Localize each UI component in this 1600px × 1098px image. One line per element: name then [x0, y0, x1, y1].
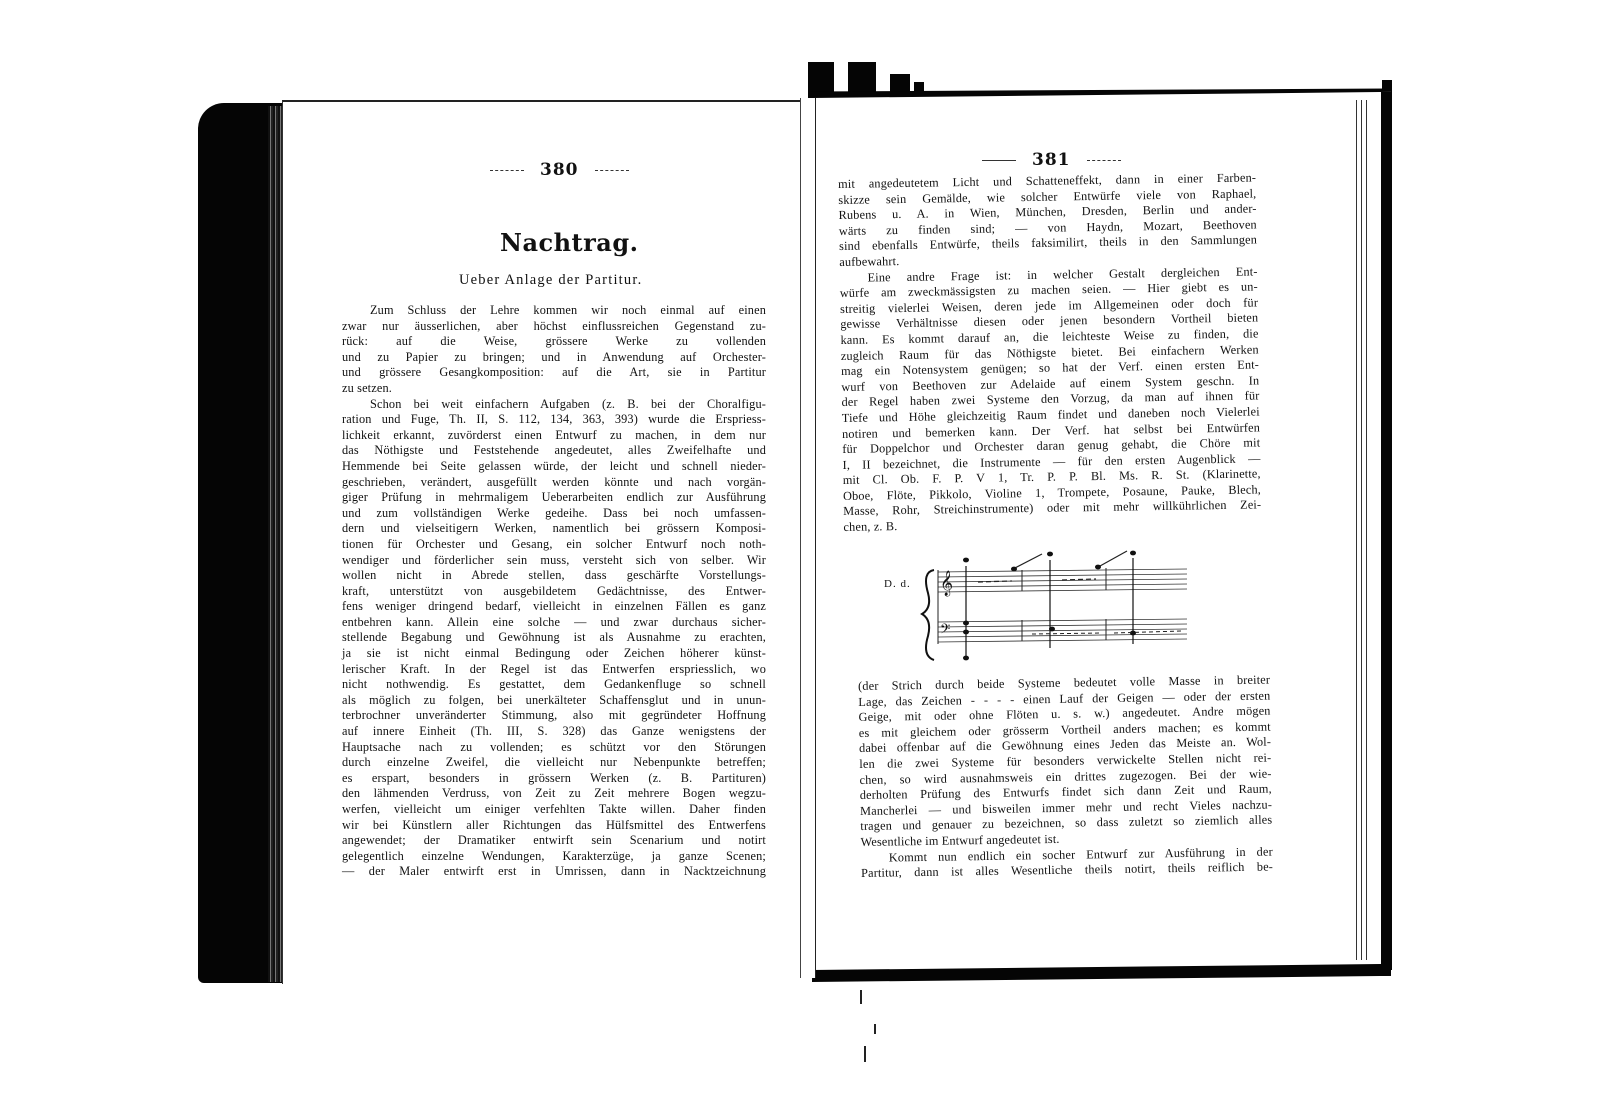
- text-line: durch einzelne Zweifel, die vielleicht n…: [342, 755, 766, 771]
- text-line: rück: auf die Weise, grössere Werke zu v…: [342, 334, 766, 350]
- page-number-text: 380: [540, 160, 579, 180]
- bass-clef-icon: 𝄢: [940, 621, 950, 640]
- treble-clef-icon: 𝄞: [940, 570, 953, 596]
- text-line: das Nöthigste und Feststehende angedeute…: [342, 443, 766, 459]
- folio-rule-left: [982, 160, 1016, 161]
- left-page-edges: [268, 106, 282, 982]
- text-line: und zum vollständigen Werke gedeihe. Das…: [342, 506, 766, 522]
- text-line: terbrochner unveränderter Stimmung, also…: [342, 708, 766, 724]
- scan-speck: [860, 990, 862, 1004]
- text-line: auf innere Einheit (Th. III, S. 328) das…: [342, 724, 766, 740]
- text-line: dern und vielseitigern Werken, namentlic…: [342, 521, 766, 537]
- folio-rule-right: [1087, 160, 1121, 161]
- text-line: ration und Fuge, Th. II, S. 112, 134, 36…: [342, 412, 766, 428]
- text-line: Schon bei weit einfachern Aufgaben (z. B…: [342, 397, 766, 413]
- text-line: lerischer Kraft. In der Regel ist das En…: [342, 662, 766, 678]
- text-line: lichkeit erkannt, zuvörderst einen Entwu…: [342, 428, 766, 444]
- text-line: entbehren kann. Allein eine solche — und…: [342, 615, 766, 631]
- folio-rule-right: [595, 170, 629, 171]
- left-page-number: 380: [490, 160, 629, 180]
- text-line: und grössere Gesangkomposition: auf die …: [342, 365, 766, 381]
- text-line: zwar nur äusserlichen, aber höchst einfl…: [342, 319, 766, 335]
- text-line: wir bei Künstlern aller Richtungen das H…: [342, 818, 766, 834]
- text-line: zu setzen.: [342, 381, 766, 397]
- scan-speck: [864, 1046, 866, 1062]
- text-line: als möglich zu folgen, bei unerkälteter …: [342, 693, 766, 709]
- text-line: geschrieben, verändert, ausgefüllt werde…: [342, 475, 766, 491]
- text-line: angewendet; der Dramatiker entwirft sein…: [342, 833, 766, 849]
- text-line: stellende Begabung und Gewöhnung ist als…: [342, 630, 766, 646]
- text-line: und zu Papier zu bringen; und in Anwendu…: [342, 350, 766, 366]
- text-line: werfen, vielleicht um einiger verfehlten…: [342, 802, 766, 818]
- text-line: gelegentlich einzelne Wendungen, Karakte…: [342, 849, 766, 865]
- text-line: giger Prüfung in mehrmaligem Ueberarbeit…: [342, 490, 766, 506]
- right-page-body-top: mit angedeutetem Licht und Schatteneffek…: [838, 170, 1262, 535]
- text-line: Zum Schluss der Lehre kommen wir noch ei…: [342, 303, 766, 319]
- text-line: den lähmenden Verdruss, von Zeit zu Zeit…: [342, 786, 766, 802]
- text-line: Hemmende bei Seite gelassen würde, der l…: [342, 459, 766, 475]
- left-page-body: Zum Schluss der Lehre kommen wir noch ei…: [342, 303, 766, 880]
- right-page-body-bottom: (der Strich durch beide Systeme bedeutet…: [858, 673, 1273, 882]
- page-number-text: 381: [1032, 150, 1071, 170]
- music-notation-example: 𝄞 𝄢: [882, 548, 1192, 668]
- text-line: es erspart, besonders in grössern Werken…: [342, 771, 766, 787]
- book-gutter: [800, 98, 816, 978]
- scan-speck: [874, 1024, 876, 1034]
- text-line: fens weniger dringend bedarf, vielleicht…: [342, 599, 766, 615]
- section-heading: Nachtrag.: [500, 228, 638, 257]
- text-line: Hauptsache nach zu vollenden; es schützt…: [342, 740, 766, 756]
- right-page-edges: [1354, 100, 1368, 960]
- text-line: ja sie ist nicht einmal Bedingung oder Z…: [342, 646, 766, 662]
- text-line: nicht nothwendig. Es gestattet, dem Geda…: [342, 677, 766, 693]
- text-line: — der Maler entwirft erst in Umrissen, d…: [342, 864, 766, 880]
- section-subheading: Ueber Anlage der Partitur.: [459, 272, 642, 289]
- text-line: wollen nicht in Abrede stellen, dass ges…: [342, 568, 766, 584]
- text-line: wendiger und förderlicher sein muss, ver…: [342, 553, 766, 569]
- right-page-number: 381: [982, 150, 1121, 170]
- text-line: tionen für Orchester und Gesang, ein sol…: [342, 537, 766, 553]
- text-line: kraft, unterstützt von ausgebildetem Ged…: [342, 584, 766, 600]
- folio-rule-left: [490, 170, 524, 171]
